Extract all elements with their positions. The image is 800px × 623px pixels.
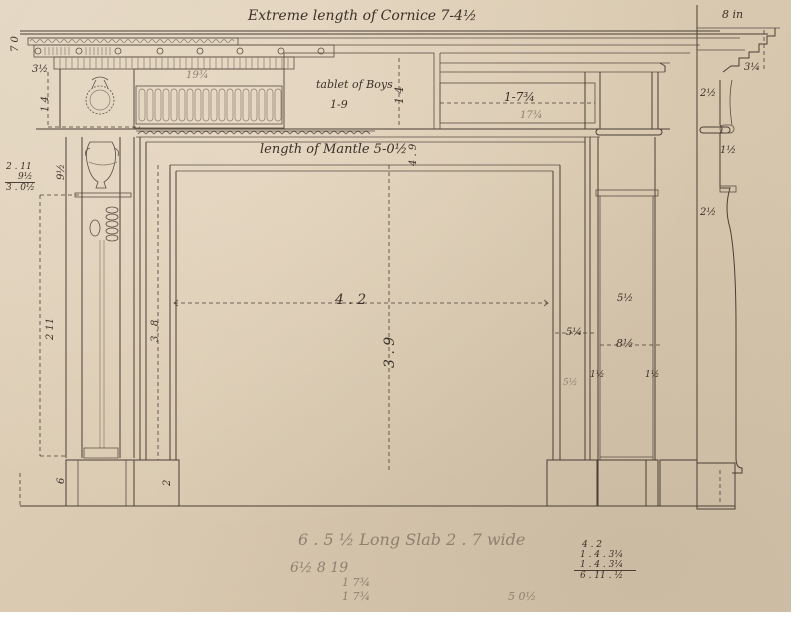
slab-pencil-note: 6 . 5 ½ Long Slab 2 . 7 wide — [298, 530, 525, 549]
right-calc-line2: 1 . 4 . 3¼ — [580, 550, 623, 560]
tablet-label: tablet of Boys — [316, 78, 393, 91]
drawing-sheet: Extreme length of Cornice 7-4½ tablet of… — [0, 0, 800, 623]
opening-height-dimension: 3 . 9 — [382, 337, 398, 368]
mantle-length-label: length of Mantle 5-0½ — [260, 142, 407, 157]
center-panel-pencil-note: 17¾ — [520, 110, 542, 121]
opening-width-dimension: 4 . 2 — [335, 292, 366, 308]
right-pilaster-width: 5½ — [617, 293, 633, 304]
opening-side-dimension: 3 . 8 — [150, 320, 161, 342]
left-calc-line1: 2 . 11 — [6, 162, 32, 172]
pencil-sum-3: 1 7¾ — [342, 590, 370, 603]
right-pilaster-total: 8½ — [616, 337, 634, 350]
architrave-width: 5¼ — [566, 327, 582, 338]
frieze-pencil-note: 19¾ — [186, 70, 208, 81]
tablet-height-dimension: 1 4 — [393, 87, 406, 105]
pencil-bottom-note: 5 0½ — [508, 590, 536, 603]
pencil-sum-2: 1 7¾ — [342, 576, 370, 589]
profile-3-quarter-dimension: 3¼ — [744, 62, 760, 73]
plinths — [20, 460, 735, 509]
cornice-length-label: Extreme length of Cornice 7-4½ — [248, 8, 477, 24]
base-right-dimension: 2 — [162, 480, 173, 486]
tablet-dimension: 1-9 — [330, 98, 348, 111]
left-urn-dimension: 9½ — [56, 164, 67, 180]
left-calc-line2: 9½ — [18, 172, 32, 182]
right-calc-line1: 4 . 2 — [582, 540, 602, 550]
pencil-sum-1: 6½ 8 19 — [290, 560, 348, 576]
mantel-shelf — [36, 127, 730, 137]
cornice — [20, 31, 768, 72]
profile-neck-dimension: 1½ — [720, 145, 736, 156]
profile-bracket-dimension: 2½ — [700, 207, 716, 218]
side-profile — [697, 5, 780, 508]
right-fillet-b: 1½ — [645, 370, 659, 380]
right-calc-line3: 1 . 4 . 3¼ — [580, 560, 623, 570]
profile-frieze-dimension: 2½ — [700, 88, 716, 99]
center-panel-dimension: 1-7¾ — [504, 90, 535, 104]
left-frieze-dimension: 1 4 — [40, 96, 51, 112]
left-pilaster-dimension: 2 11 — [45, 318, 56, 340]
left-calc-total: 3 . 0½ — [6, 183, 35, 193]
left-pilaster — [66, 137, 134, 458]
right-calc-total: 6 . 11 . ½ — [580, 571, 623, 581]
left-bed-dimension: 3½ — [32, 64, 48, 75]
left-base-dimension: 6 — [56, 478, 67, 484]
right-fillet-a: 1½ — [590, 370, 604, 380]
right-pencil-note: 5½ — [563, 378, 577, 388]
left-cornice-dimension: 7 0 — [10, 36, 21, 52]
profile-top-dimension: 8 in — [722, 8, 743, 21]
mantle-side-dimension: 4 . 9 — [408, 144, 419, 166]
